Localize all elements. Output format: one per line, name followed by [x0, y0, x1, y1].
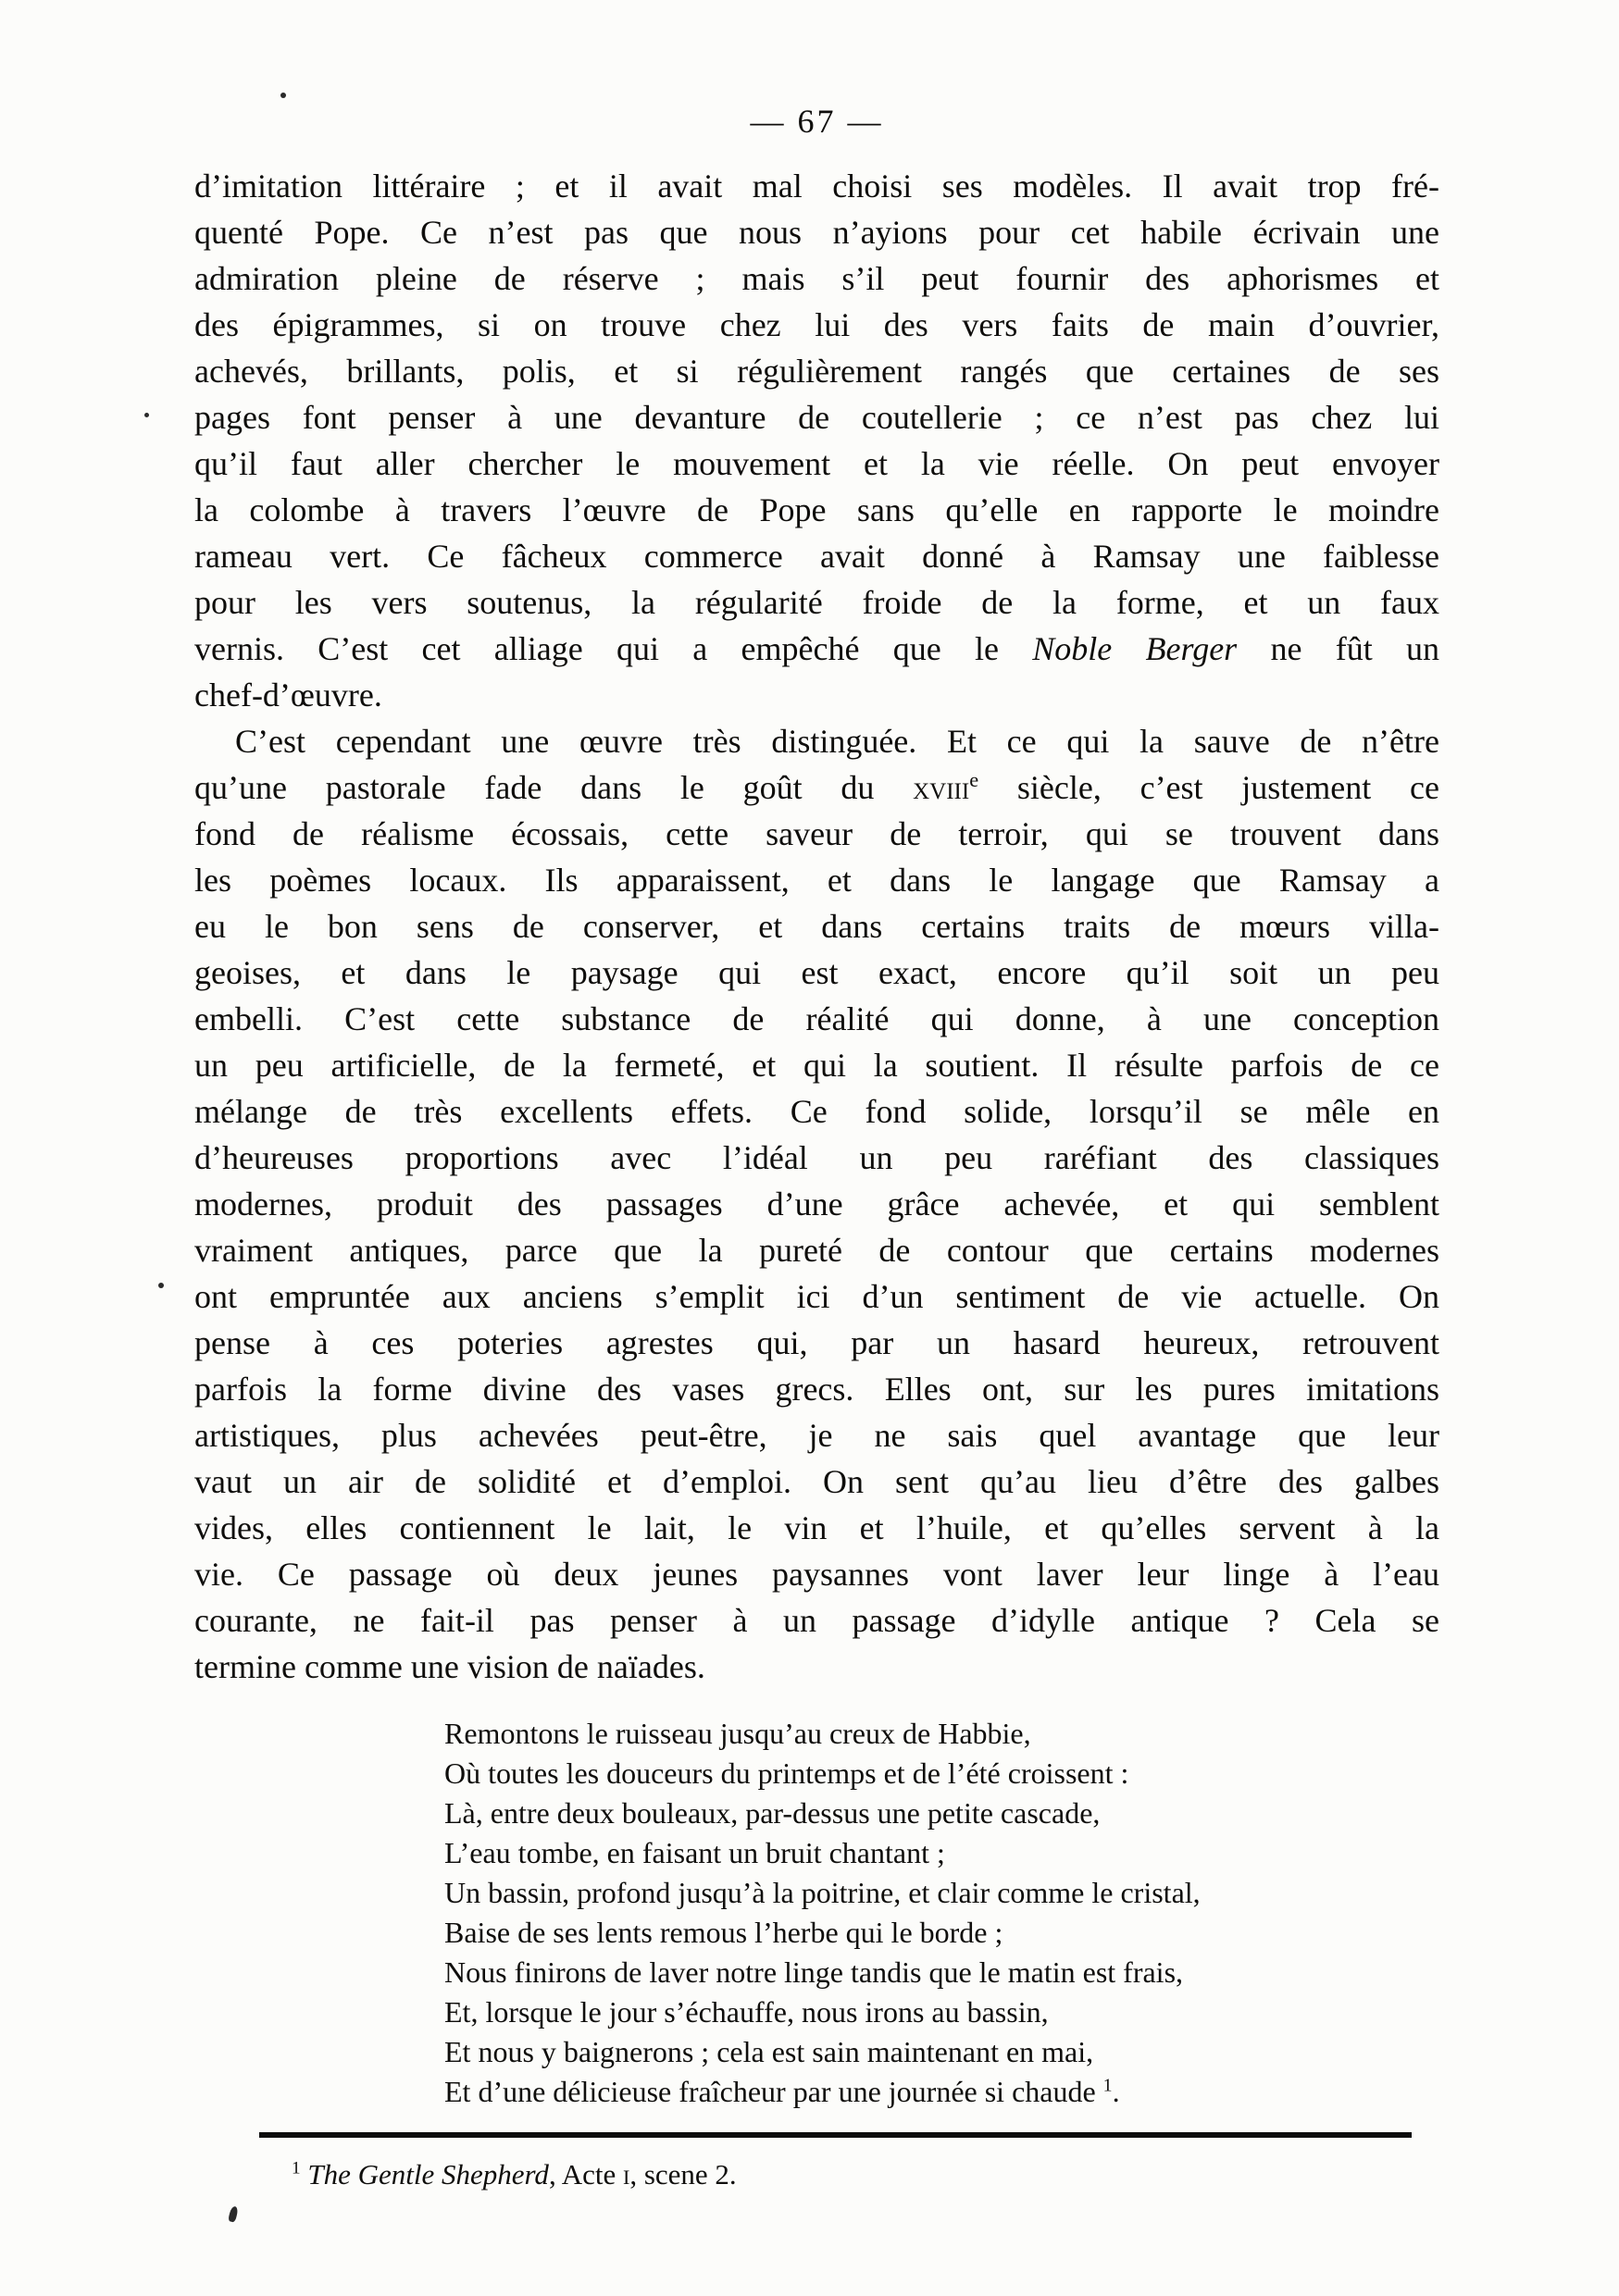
- text-line: pages font penser à une devanture de cou…: [194, 394, 1439, 441]
- verse-line: Nous finirons de laver notre linge tandi…: [444, 1953, 1439, 1992]
- text-line: ont empruntée aux anciens s’emplit ici d…: [194, 1273, 1439, 1320]
- text-line: vraiment antiques, parce que la pureté d…: [194, 1227, 1439, 1273]
- scan-artifact: [280, 93, 286, 98]
- footnote-marker: 1: [292, 2159, 301, 2178]
- text-line: qu’une pastorale fade dans le goût du xv…: [194, 764, 1439, 811]
- text-line: embelli. C’est cette substance de réalit…: [194, 996, 1439, 1042]
- verse-line: Remontons le ruisseau jusqu’au creux de …: [444, 1714, 1439, 1754]
- text-line: pense à ces poteries agrestes qui, par u…: [194, 1320, 1439, 1366]
- text-line: chef-d’œuvre.: [194, 672, 1439, 718]
- text-line: rameau vert. Ce fâcheux commerce avait d…: [194, 533, 1439, 579]
- text-line: vides, elles contiennent le lait, le vin…: [194, 1505, 1439, 1551]
- text-line: artistiques, plus achevées peut-être, je…: [194, 1412, 1439, 1458]
- text-line: geoises, et dans le paysage qui est exac…: [194, 949, 1439, 996]
- smallcaps-century: xviii: [913, 769, 969, 806]
- verse-line: Baise de ses lents remous l’herbe qui le…: [444, 1913, 1439, 1953]
- text-line: modernes, produit des passages d’une grâ…: [194, 1181, 1439, 1227]
- text-line: parfois la forme divine des vases grecs.…: [194, 1366, 1439, 1412]
- text-line: vernis. C’est cet alliage qui a empêché …: [194, 626, 1439, 672]
- scan-artifact: [144, 413, 149, 417]
- text-line: fond de réalisme écossais, cette saveur …: [194, 811, 1439, 857]
- verse-line: Et, lorsque le jour s’échauffe, nous iro…: [444, 1992, 1439, 2032]
- footnote-work-title: The Gentle Shepherd: [307, 2158, 549, 2191]
- text-line: quenté Pope. Ce n’est pas que nous n’ayi…: [194, 209, 1439, 255]
- text-line: vie. Ce passage où deux jeunes paysannes…: [194, 1551, 1439, 1597]
- scan-artifact: [158, 1283, 164, 1288]
- text-line: des épigrammes, si on trouve chez lui de…: [194, 302, 1439, 348]
- text-segment: siècle, c’est justement ce: [978, 769, 1439, 806]
- italic-work-title: Noble Berger: [1032, 630, 1237, 667]
- verse-quotation: Remontons le ruisseau jusqu’au creux de …: [194, 1714, 1439, 2112]
- verse-line: Et nous y baignerons ; cela est sain mai…: [444, 2032, 1439, 2072]
- paragraph-1: d’imitation littéraire ; et il avait mal…: [194, 163, 1439, 718]
- verse-line: Et d’une délicieuse fraîcheur par une jo…: [444, 2072, 1439, 2112]
- text-segment: qu’une pastorale fade dans le goût du: [194, 769, 913, 806]
- verse-line: Où toutes les douceurs du printemps et d…: [444, 1754, 1439, 1793]
- page-number: — 67 —: [194, 102, 1439, 141]
- text-line: eu le bon sens de conserver, et dans cer…: [194, 903, 1439, 949]
- paragraph-2: C’est cependant une œuvre très distingué…: [194, 718, 1439, 1690]
- footnote-reference: 1: [1103, 2075, 1113, 2095]
- text-segment: vernis. C’est cet alliage qui a empêché …: [194, 630, 1032, 667]
- verse-line: L’eau tombe, en faisant un bruit chantan…: [444, 1833, 1439, 1873]
- ordinal-superscript: e: [969, 768, 978, 791]
- text-line: vaut un air de solidité et d’emploi. On …: [194, 1458, 1439, 1505]
- text-line: un peu artificielle, de la fermeté, et q…: [194, 1042, 1439, 1088]
- text-line: C’est cependant une œuvre très distingué…: [194, 718, 1439, 764]
- verse-line: Là, entre deux bouleaux, par-dessus une …: [444, 1793, 1439, 1833]
- text-line: admiration pleine de réserve ; mais s’il…: [194, 255, 1439, 302]
- text-line: termine comme une vision de naïades.: [194, 1644, 1439, 1690]
- text-line: les poèmes locaux. Ils apparaissent, et …: [194, 857, 1439, 903]
- text-column: d’imitation littéraire ; et il avait mal…: [194, 163, 1439, 2112]
- text-segment: Et d’une délicieuse fraîcheur par une jo…: [444, 2075, 1103, 2108]
- scan-artifact: [228, 2205, 239, 2222]
- text-segment: .: [1113, 2075, 1120, 2108]
- text-line: pour les vers soutenus, la régularité fr…: [194, 579, 1439, 626]
- text-line: d’heureuses proportions avec l’idéal un …: [194, 1135, 1439, 1181]
- text-line: qu’il faut aller chercher le mouvement e…: [194, 441, 1439, 487]
- text-line: la colombe à travers l’œuvre de Pope san…: [194, 487, 1439, 533]
- text-line: courante, ne fait-il pas penser à un pas…: [194, 1597, 1439, 1644]
- verse-line: Un bassin, profond jusqu’à la poitrine, …: [444, 1873, 1439, 1913]
- footnote: 1 The Gentle Shepherd, Acte i, scene 2.: [292, 2156, 737, 2193]
- text-segment: , Acte: [549, 2158, 623, 2191]
- text-segment: ne fût un: [1237, 630, 1439, 667]
- footnote-rule: [259, 2132, 1412, 2138]
- text-line: achevés, brillants, polis, et si réguliè…: [194, 348, 1439, 394]
- text-segment: , scene 2.: [629, 2158, 736, 2191]
- text-line: d’imitation littéraire ; et il avait mal…: [194, 163, 1439, 209]
- book-page: — 67 — d’imitation littéraire ; et il av…: [0, 0, 1619, 2296]
- text-line: mélange de très excellents effets. Ce fo…: [194, 1088, 1439, 1135]
